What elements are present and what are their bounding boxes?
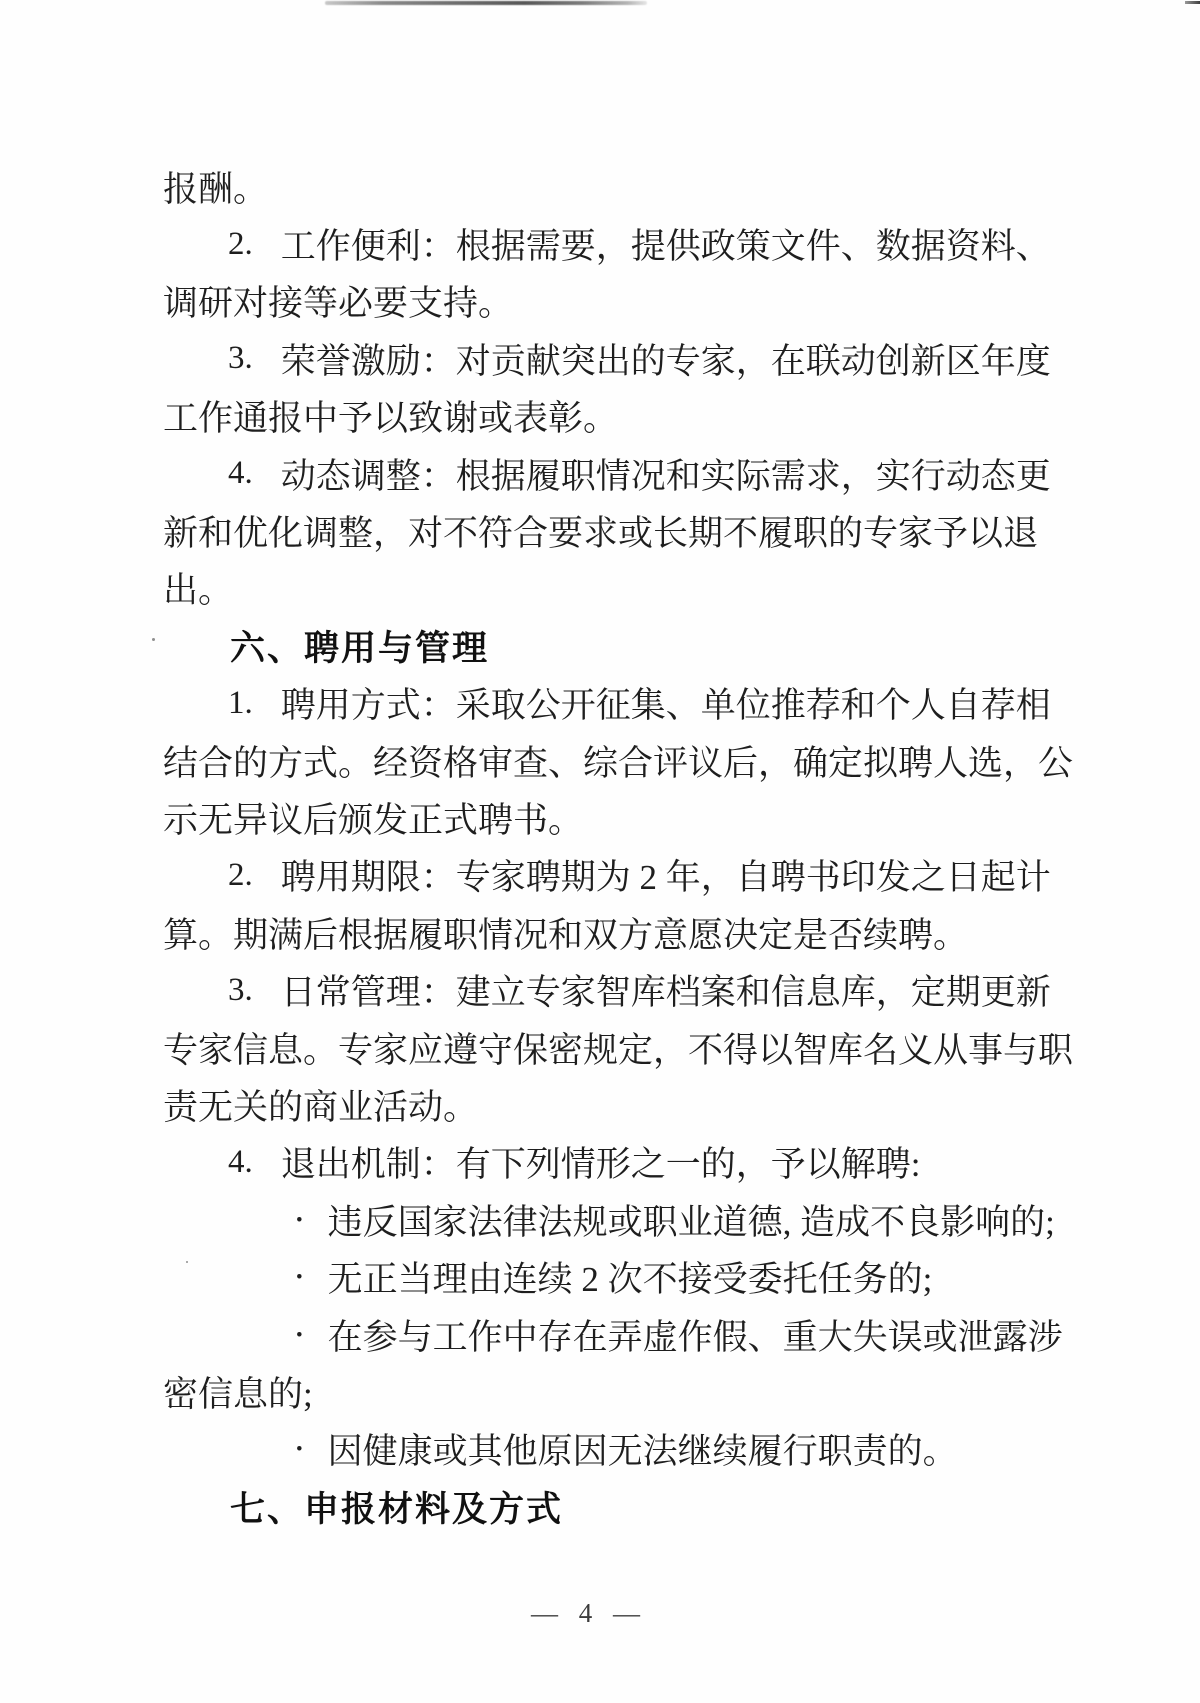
text-line: 3.日常管理：建立专家智库档案和信息库，定期更新 <box>163 961 1033 1018</box>
text-line: 4.退出机制：有下列情形之一的，予以解聘: <box>163 1134 1033 1191</box>
text-line: 专家信息。专家应遵守保密规定，不得以智库名义从事与职 <box>163 1019 1033 1076</box>
text-line: 报酬。 <box>163 158 1033 215</box>
scan-speck <box>152 638 155 641</box>
text-line: 示无异议后颁发正式聘书。 <box>163 789 1033 846</box>
line-text: 责无关的商业活动。 <box>163 1080 478 1130</box>
line-text: 无正当理由连续 2 次不接受委托任务的; <box>328 1252 933 1302</box>
text-line: 2.工作便利：根据需要，提供政策文件、数据资料、 <box>163 215 1033 272</box>
text-line: 责无关的商业活动。 <box>163 1076 1033 1133</box>
text-line: 出。 <box>163 560 1033 617</box>
line-text: 动态调整：根据履职情况和实际需求，实行动态更 <box>281 449 1051 499</box>
text-line: 4.动态调整：根据履职情况和实际需求，实行动态更 <box>163 445 1033 502</box>
text-line: 2.聘用期限：专家聘期为 2 年，自聘书印发之日起计 <box>163 847 1033 904</box>
line-text: 日常管理：建立专家智库档案和信息库，定期更新 <box>281 965 1051 1015</box>
bullet-marker: · <box>293 1201 306 1239</box>
line-text: 聘用方式：采取公开征集、单位推荐和个人自荐相 <box>281 678 1051 728</box>
line-text: 报酬。 <box>163 162 268 212</box>
bullet-marker: · <box>293 1316 306 1354</box>
text-line: 工作通报中予以致谢或表彰。 <box>163 388 1033 445</box>
line-text: 工作通报中予以致谢或表彰。 <box>163 391 618 441</box>
text-line: 3.荣誉激励：对贡献突出的专家，在联动创新区年度 <box>163 330 1033 387</box>
line-text: 结合的方式。经资格审查、综合评议后，确定拟聘人选，公 <box>163 736 1073 786</box>
bullet-marker: · <box>293 1430 306 1468</box>
text-line: 算。期满后根据履职情况和双方意愿决定是否续聘。 <box>163 904 1033 961</box>
list-number: 2. <box>228 226 253 263</box>
scan-artifact-top-line <box>325 1 647 5</box>
list-number: 3. <box>228 340 253 377</box>
text-line: ·违反国家法律法规或职业道德, 造成不良影响的; <box>163 1191 1033 1248</box>
line-text: 出。 <box>163 563 233 613</box>
text-line: 1.聘用方式：采取公开征集、单位推荐和个人自荐相 <box>163 675 1033 732</box>
text-line: 结合的方式。经资格审查、综合评议后，确定拟聘人选，公 <box>163 732 1033 789</box>
text-line: 密信息的; <box>163 1363 1033 1420</box>
text-line: ·在参与工作中存在弄虚作假、重大失误或泄露涉 <box>163 1306 1033 1363</box>
text-line: 新和优化调整，对不符合要求或长期不履职的专家予以退 <box>163 502 1033 559</box>
line-text: 六、聘用与管理 <box>230 621 489 671</box>
line-text: 荣誉激励：对贡献突出的专家，在联动创新区年度 <box>281 334 1051 384</box>
line-text: 聘用期限：专家聘期为 2 年，自聘书印发之日起计 <box>281 850 1051 900</box>
text-line: ·无正当理由连续 2 次不接受委托任务的; <box>163 1248 1033 1305</box>
line-text: 专家信息。专家应遵守保密规定，不得以智库名义从事与职 <box>163 1023 1073 1073</box>
line-text: 算。期满后根据履职情况和双方意愿决定是否续聘。 <box>163 908 968 958</box>
document-page: 报酬。2.工作便利：根据需要，提供政策文件、数据资料、调研对接等必要支持。3.荣… <box>0 0 1200 1703</box>
line-text: 因健康或其他原因无法继续履行职责的。 <box>328 1424 958 1474</box>
document-lines: 报酬。2.工作便利：根据需要，提供政策文件、数据资料、调研对接等必要支持。3.荣… <box>163 158 1033 1535</box>
list-number: 4. <box>228 1144 253 1181</box>
list-number: 3. <box>228 972 253 1009</box>
line-text: 调研对接等必要支持。 <box>163 276 513 326</box>
scan-artifact-corner-mark <box>1185 1 1200 4</box>
page-number: — 4 — <box>0 1598 1178 1629</box>
line-text: 密信息的; <box>163 1367 313 1417</box>
line-text: 七、申报材料及方式 <box>230 1482 563 1532</box>
section-heading: 六、聘用与管理 <box>163 617 1033 674</box>
list-number: 2. <box>228 857 253 894</box>
line-text: 退出机制：有下列情形之一的，予以解聘: <box>281 1137 921 1187</box>
text-line: ·因健康或其他原因无法继续履行职责的。 <box>163 1421 1033 1478</box>
list-number: 1. <box>228 685 253 722</box>
line-text: 新和优化调整，对不符合要求或长期不履职的专家予以退 <box>163 506 1038 556</box>
line-text: 违反国家法律法规或职业道德, 造成不良影响的; <box>328 1195 1055 1245</box>
text-line: 调研对接等必要支持。 <box>163 273 1033 330</box>
bullet-marker: · <box>293 1258 306 1296</box>
line-text: 在参与工作中存在弄虚作假、重大失误或泄露涉 <box>328 1310 1063 1360</box>
list-number: 4. <box>228 455 253 492</box>
line-text: 工作便利：根据需要，提供政策文件、数据资料、 <box>281 219 1051 269</box>
section-heading: 七、申报材料及方式 <box>163 1478 1033 1535</box>
line-text: 示无异议后颁发正式聘书。 <box>163 793 583 843</box>
